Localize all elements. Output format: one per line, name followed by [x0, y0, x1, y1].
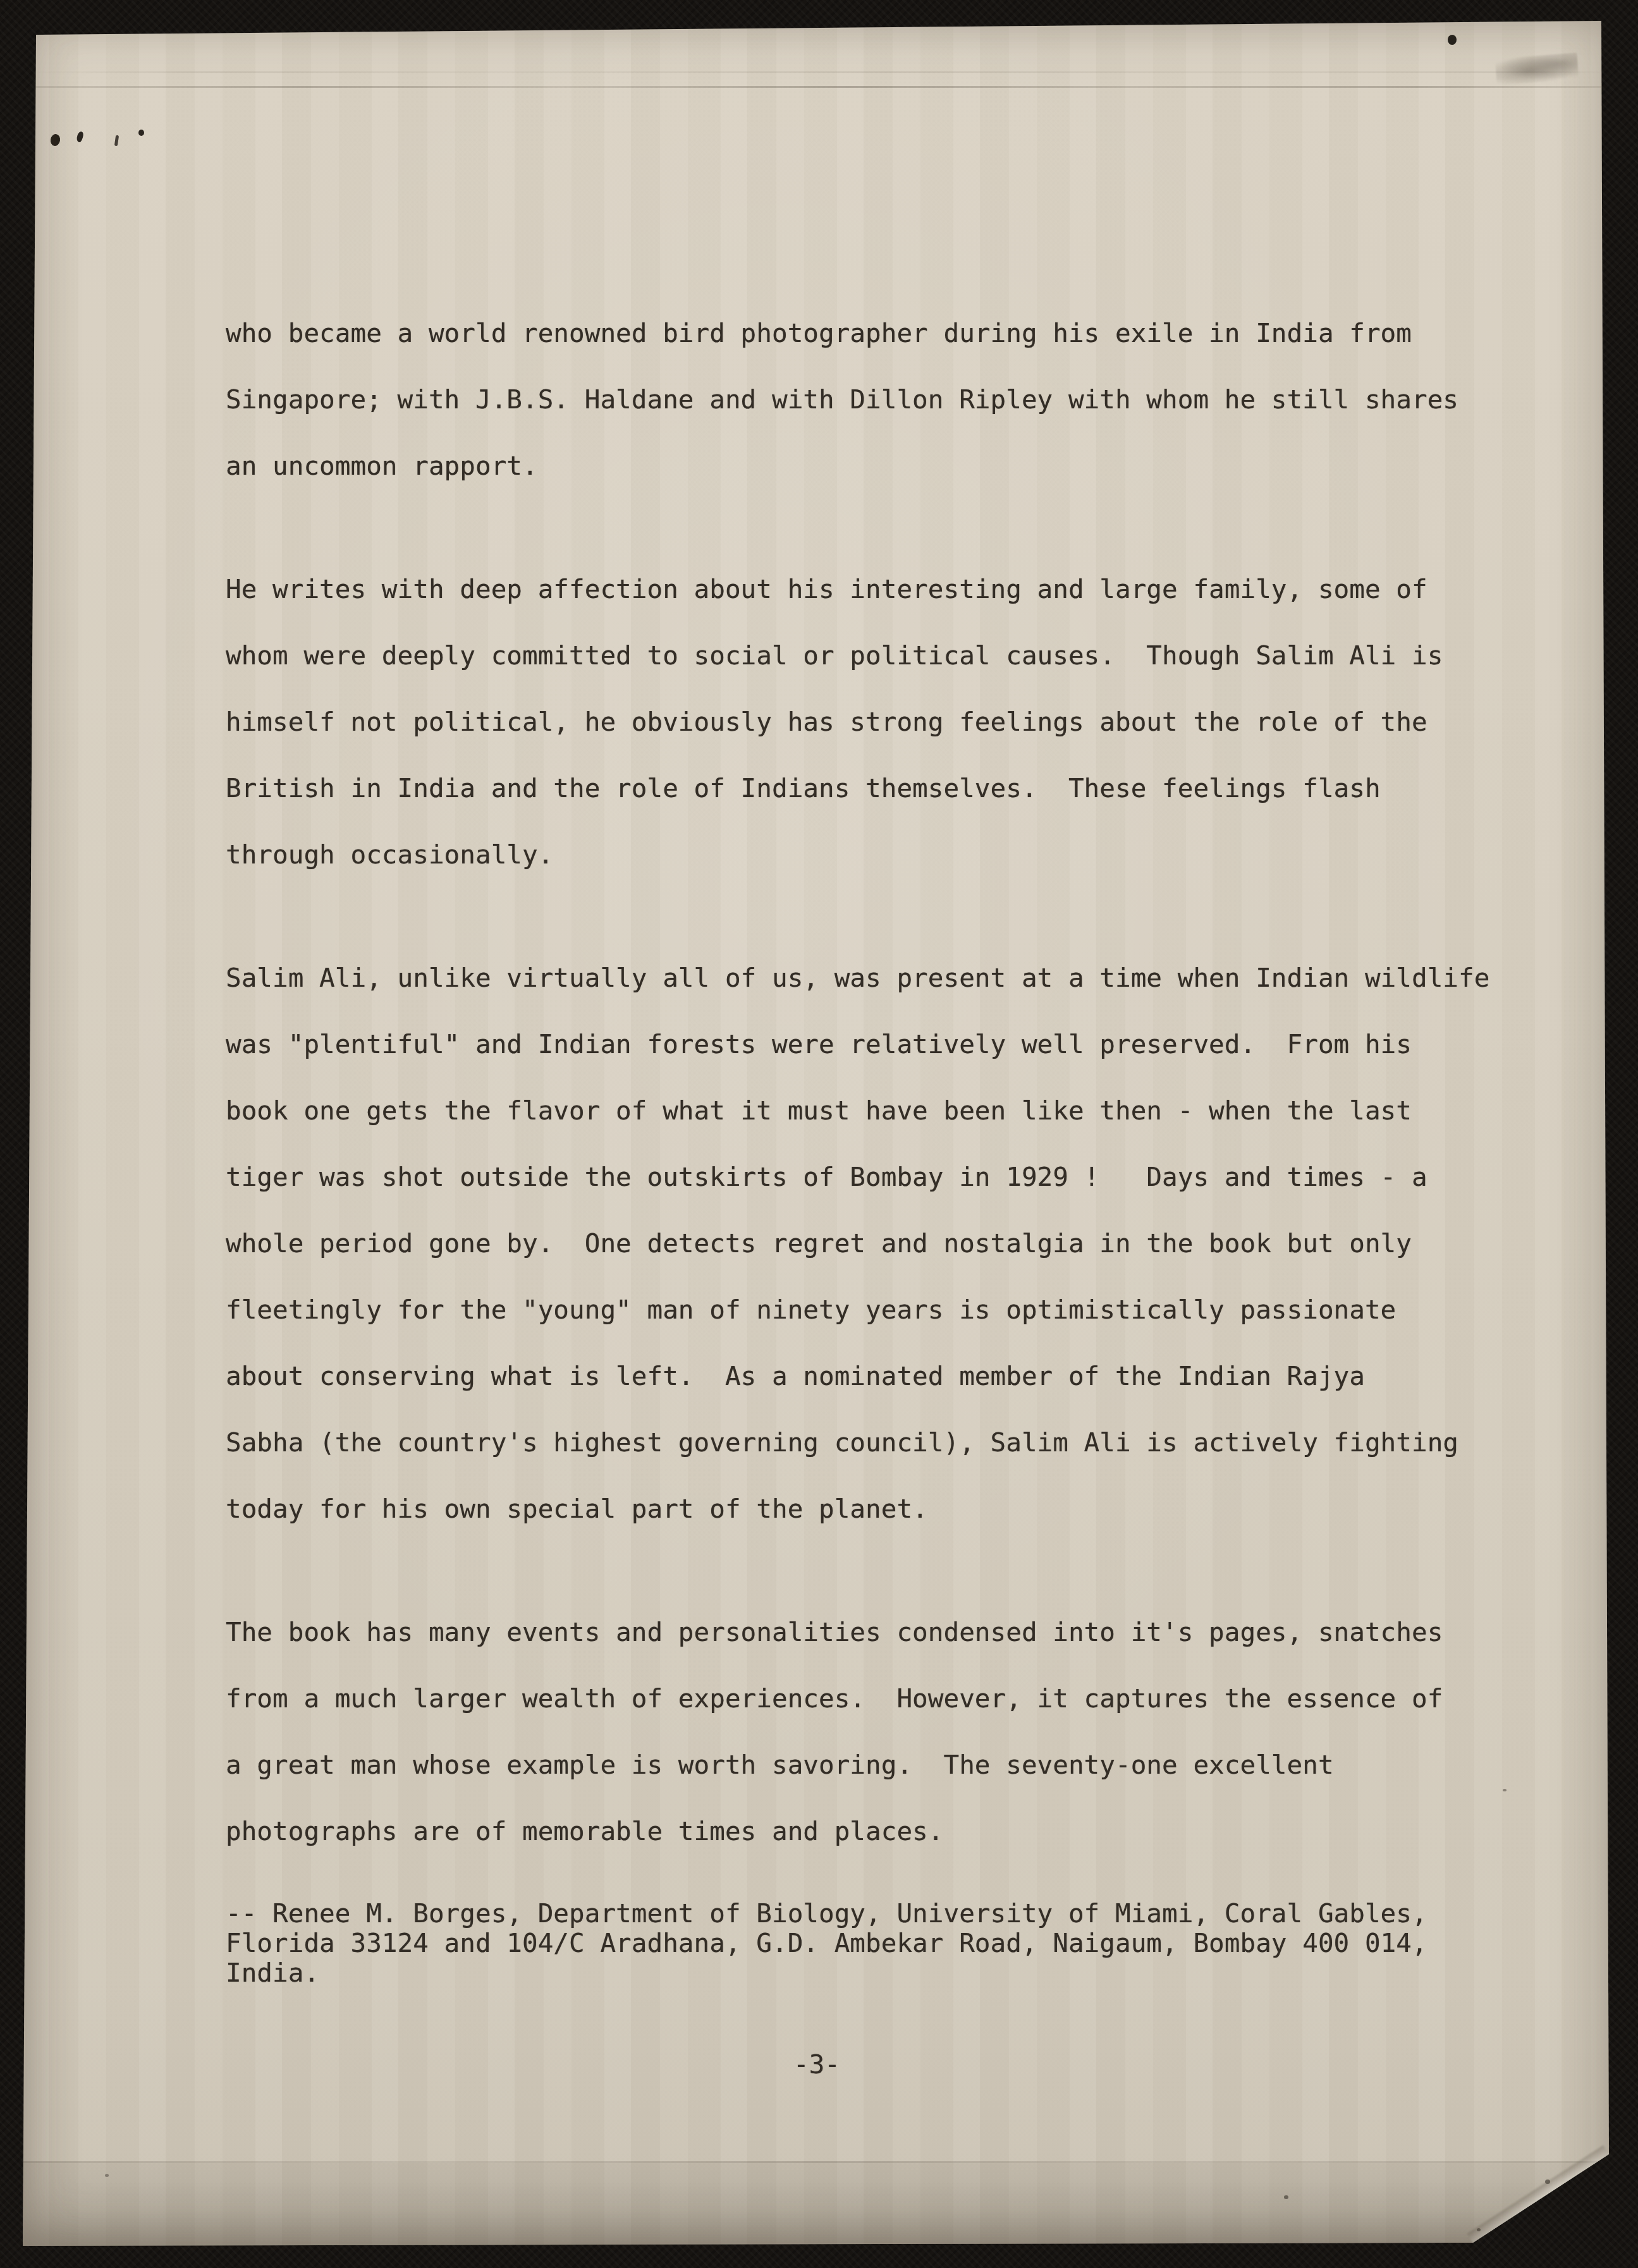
scan-background: { "document": { "paragraphs": [ { "lines… [0, 0, 1638, 2268]
corner-fold-crease [1467, 2145, 1615, 2252]
paper-speck [1503, 1789, 1507, 1791]
crease-line-bottom [23, 2161, 1609, 2163]
crease-line-top [23, 86, 1609, 88]
typewritten-line: He writes with deep affection about his … [226, 556, 1560, 623]
typewritten-line: The book has many events and personaliti… [226, 1599, 1560, 1666]
paper-speck [1477, 2228, 1481, 2231]
typewritten-line: whom were deeply committed to social or … [226, 623, 1560, 689]
pencil-smudge [1495, 53, 1579, 85]
typewritten-line: an uncommon rapport. [226, 433, 1560, 499]
ink-dot-mark [1448, 35, 1457, 45]
typewritten-line: who became a world renowned bird photogr… [226, 300, 1560, 367]
typewritten-line: whole period gone by. One detects regret… [226, 1210, 1560, 1277]
bottom-shadow [23, 2163, 1609, 2246]
paragraph: who became a world renowned bird photogr… [226, 300, 1560, 499]
paragraph: Salim Ali, unlike virtually all of us, w… [226, 945, 1560, 1542]
typewritten-line: tiger was shot outside the outskirts of … [226, 1144, 1560, 1210]
typewritten-line: from a much larger wealth of experiences… [226, 1666, 1560, 1732]
paper-speck [105, 2174, 109, 2177]
signature-line: Florida 33124 and 104/C Aradhana, G.D. A… [226, 1929, 1560, 1958]
typewritten-line: today for his own special part of the pl… [226, 1476, 1560, 1542]
signature-line: India. [226, 1958, 1560, 1988]
typewritten-line: British in India and the role of Indians… [226, 755, 1560, 822]
typewritten-line: himself not political, he obviously has … [226, 689, 1560, 755]
page-number: -3- [754, 2050, 880, 2080]
signature-block: -- Renee M. Borges, Department of Biolog… [226, 1899, 1560, 1988]
typewritten-line: through occasionally. [226, 822, 1560, 888]
typewritten-line: book one gets the flavor of what it must… [226, 1078, 1560, 1144]
ink-blot [138, 130, 144, 136]
typewritten-text: who became a world renowned bird photogr… [226, 300, 1560, 1988]
typewritten-line: about conserving what is left. As a nomi… [226, 1343, 1560, 1410]
ink-blot [76, 131, 85, 143]
document-page: who became a world renowned bird photogr… [23, 21, 1609, 2246]
ink-blot [49, 133, 61, 147]
typewritten-line: Sabha (the country's highest governing c… [226, 1410, 1560, 1476]
signature-line: -- Renee M. Borges, Department of Biolog… [226, 1899, 1560, 1929]
typewritten-line: photographs are of memorable times and p… [226, 1798, 1560, 1865]
typewritten-line: was "plentiful" and Indian forests were … [226, 1011, 1560, 1078]
typewritten-line: Singapore; with J.B.S. Haldane and with … [226, 367, 1560, 433]
paragraph: He writes with deep affection about his … [226, 556, 1560, 888]
typewritten-line: a great man whose example is worth savor… [226, 1732, 1560, 1798]
crease-line-top-faint [23, 71, 1609, 73]
typewritten-line: Salim Ali, unlike virtually all of us, w… [226, 945, 1560, 1011]
paragraph: The book has many events and personaliti… [226, 1599, 1560, 1865]
paper-speck [1545, 2180, 1550, 2184]
paper-speck [1284, 2195, 1288, 2199]
ink-blot [114, 135, 119, 147]
typewritten-line: fleetingly for the "young" man of ninety… [226, 1277, 1560, 1343]
